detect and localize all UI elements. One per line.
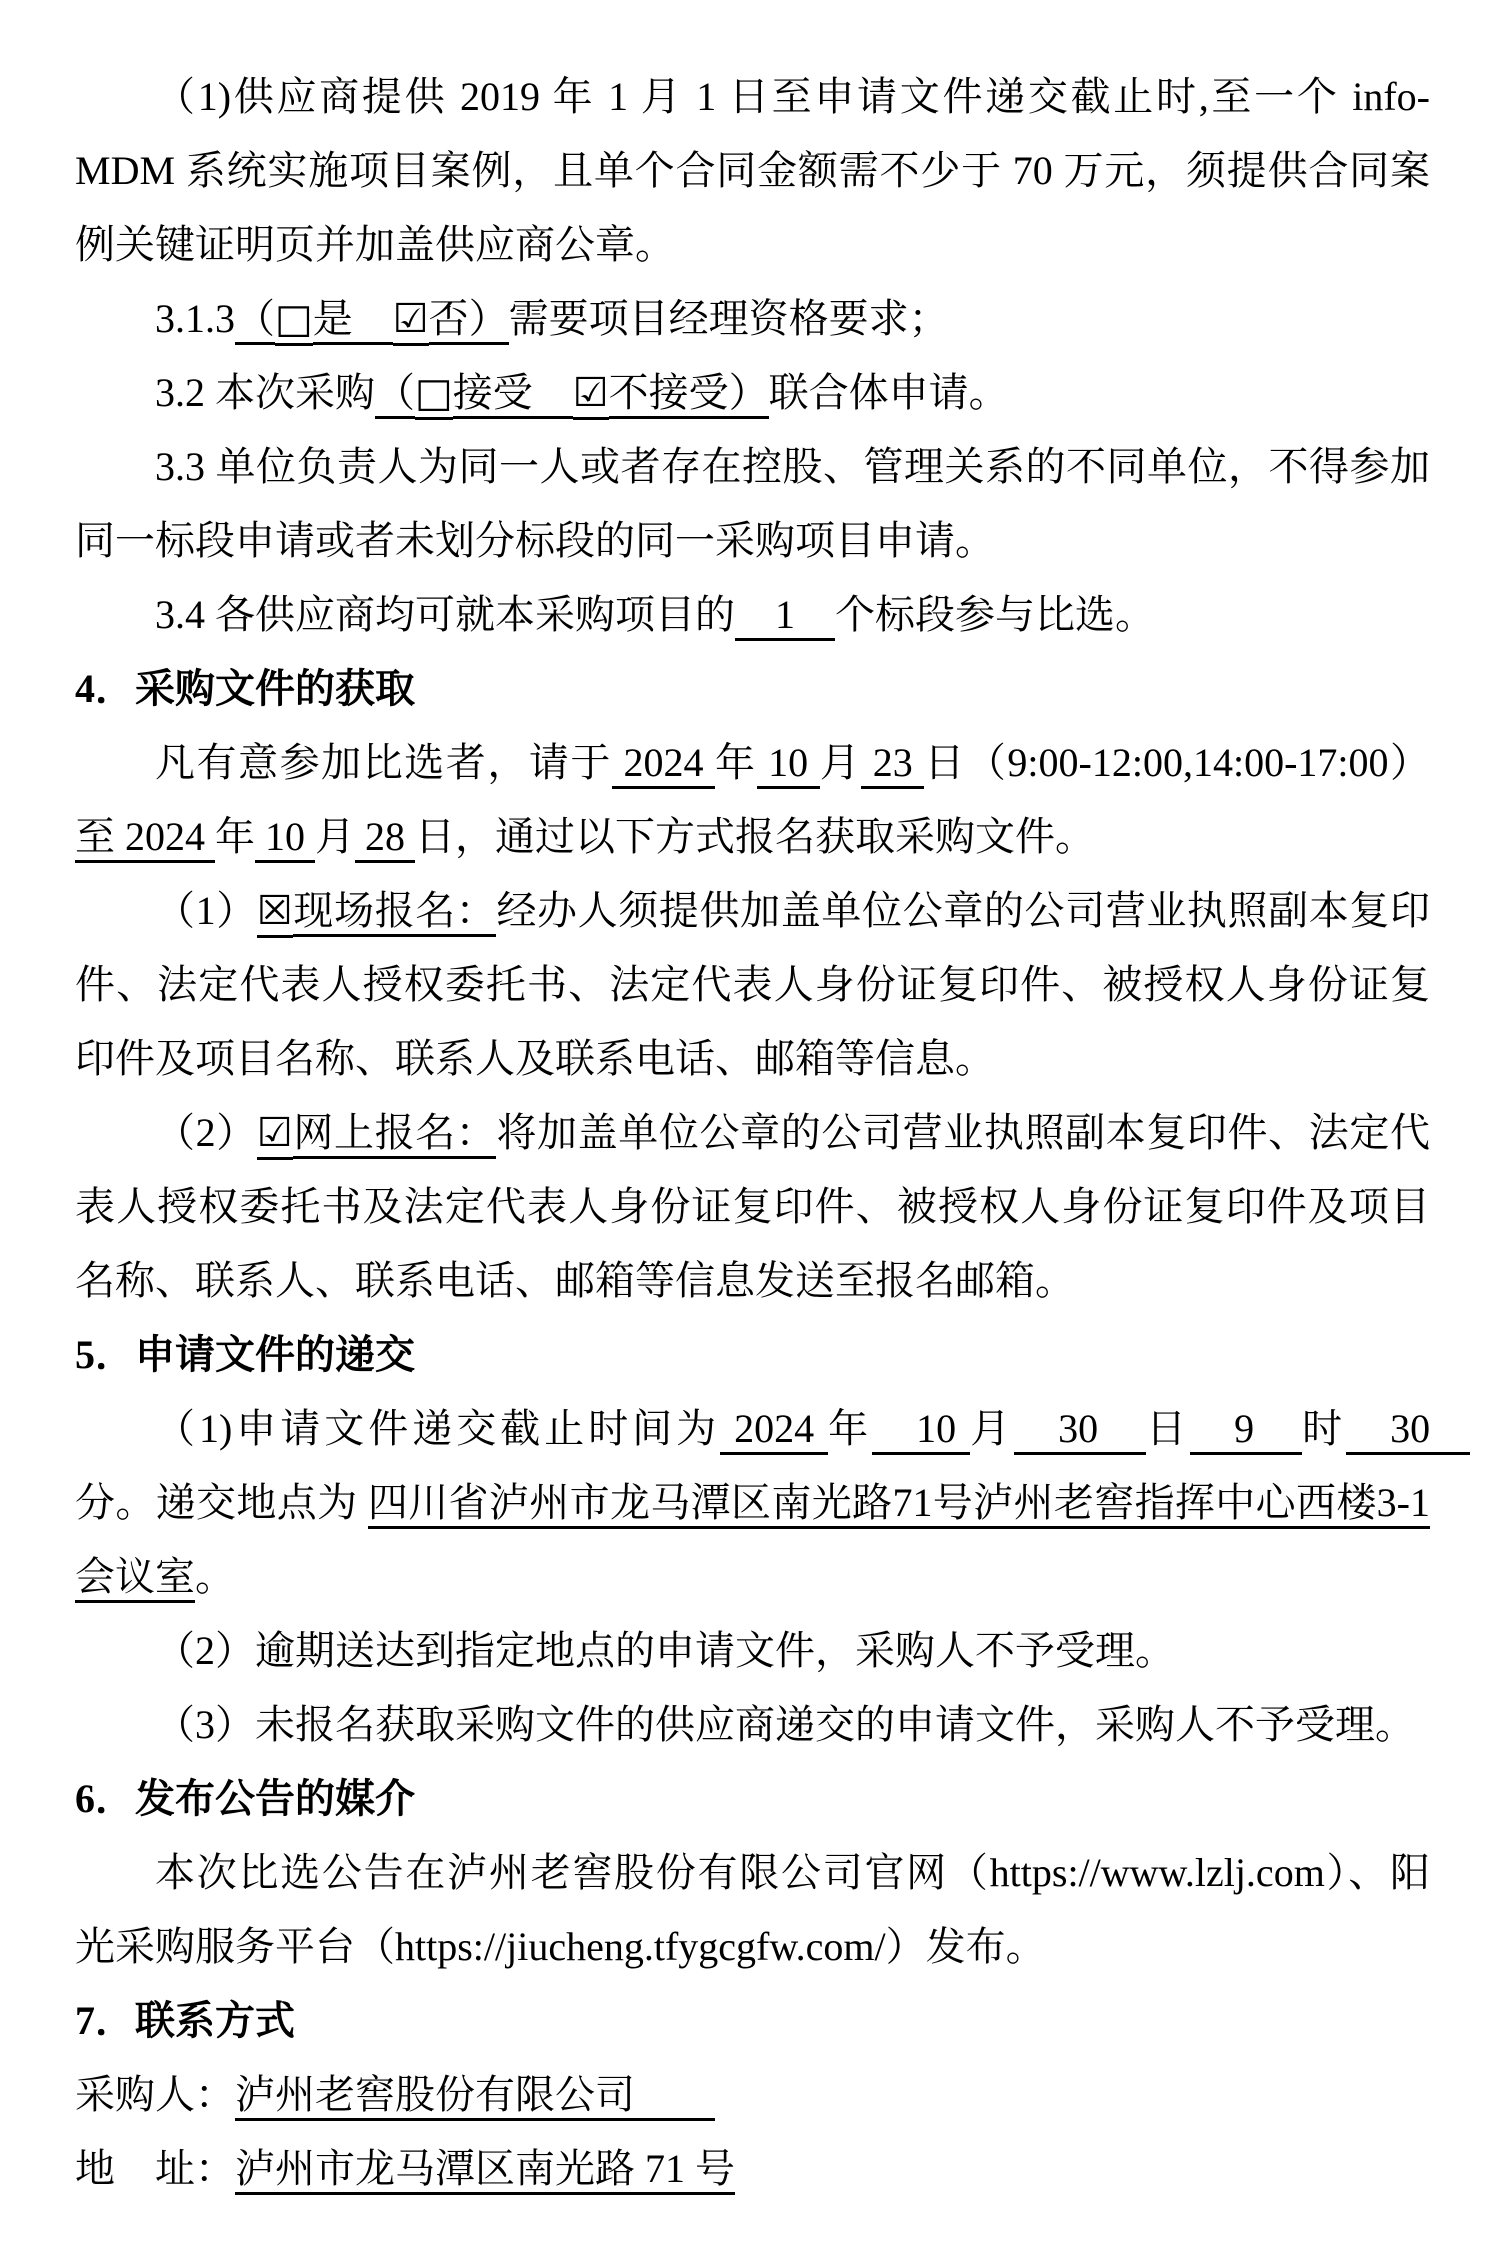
section-6-heading: 6．发布公告的媒介 bbox=[75, 1762, 1430, 1836]
text-run: 。 bbox=[195, 1554, 235, 1599]
text-run: 个标段参与比选。 bbox=[835, 592, 1155, 637]
text-run: 年 bbox=[828, 1406, 872, 1451]
text-run: 月 bbox=[820, 740, 862, 785]
text-run: 日，通过以下方式报名获取采购文件。 bbox=[415, 814, 1095, 859]
text-run: 28 bbox=[355, 814, 415, 863]
text-run: 年 bbox=[715, 740, 757, 785]
section-4-heading: 4．采购文件的获取 bbox=[75, 652, 1430, 726]
clause-3-1-3-pm-requirement: 3.1.3（□是 ☑否）需要项目经理资格要求； bbox=[75, 282, 1430, 356]
text-run: （3）未报名获取采购文件的供应商递交的申请文件，采购人不予受理。 bbox=[155, 1702, 1415, 1747]
text-run: 9 bbox=[1190, 1406, 1302, 1455]
text-run: 4．采购文件的获取 bbox=[75, 666, 415, 711]
text-run: 3.1.3 bbox=[155, 296, 235, 341]
clause-4-online-registration: （2）☑网上报名：将加盖单位公章的公司营业执照副本复印件、法定代表人授权委托书及… bbox=[75, 1096, 1430, 1318]
text-run: （1)申请文件递交截止时间为 bbox=[155, 1406, 720, 1451]
text-run: 30 bbox=[1346, 1406, 1470, 1455]
clause-4-registration-period: 凡有意参加比选者，请于 2024 年 10 月 23 日（9:00-12:00,… bbox=[75, 726, 1430, 874]
text-run: 凡有意参加比选者，请于 bbox=[155, 740, 612, 785]
text-run: 10 bbox=[255, 814, 315, 863]
text-run: 3.4 各供应商均可就本采购项目的 bbox=[155, 592, 735, 637]
clause-3-2-consortium: 3.2 本次采购（□接受 ☑不接受）联合体申请。 bbox=[75, 356, 1430, 430]
clause-5-unregistered-suppliers: （3）未报名获取采购文件的供应商递交的申请文件，采购人不予受理。 bbox=[75, 1688, 1430, 1762]
text-run: 否） bbox=[429, 296, 509, 345]
checkbox-checked-icon: ☑ bbox=[393, 296, 429, 346]
text-run: 5．申请文件的递交 bbox=[75, 1332, 415, 1377]
contact-purchaser: 采购人：泸州老窖股份有限公司 bbox=[75, 2058, 1430, 2132]
text-run: 10 bbox=[757, 740, 820, 789]
text-run: （1） bbox=[155, 888, 257, 933]
text-run: 6．发布公告的媒介 bbox=[75, 1776, 415, 1821]
text-run: 7．联系方式 bbox=[75, 1998, 295, 2043]
checkbox-unchecked-icon: □ bbox=[275, 296, 313, 346]
text-run: 10 bbox=[872, 1406, 970, 1455]
text-run: 泸州市龙马潭区南光路 71 号 bbox=[235, 2146, 735, 2195]
document-page: （1)供应商提供 2019 年 1 月 1 日至申请文件递交截止时,至一个 in… bbox=[0, 0, 1500, 2268]
text-run: 2024 bbox=[612, 740, 715, 789]
checkbox-unchecked-icon: □ bbox=[415, 370, 453, 420]
clause-6-announcement-media: 本次比选公告在泸州老窖股份有限公司官网（https://www.lzlj.com… bbox=[75, 1836, 1430, 1984]
text-run: 分。递交地点为 bbox=[75, 1480, 368, 1525]
clause-1-supplier-case: （1)供应商提供 2019 年 1 月 1 日至申请文件递交截止时,至一个 in… bbox=[75, 60, 1430, 282]
checkbox-crossed-icon: ☒ bbox=[257, 888, 293, 938]
text-run: （ bbox=[235, 296, 275, 345]
text-run: 本次比选公告在泸州老窖股份有限公司官网（https://www.lzlj.com… bbox=[75, 1850, 1430, 1969]
text-run: 3.3 单位负责人为同一人或者存在控股、管理关系的不同单位，不得参加同一标段申请… bbox=[75, 444, 1430, 563]
text-run: 3.2 本次采购 bbox=[155, 370, 375, 415]
clause-5-late-delivery: （2）逾期送达到指定地点的申请文件，采购人不予受理。 bbox=[75, 1614, 1430, 1688]
section-7-heading: 7．联系方式 bbox=[75, 1984, 1430, 2058]
text-run: 泸州老窖股份有限公司 bbox=[235, 2072, 715, 2121]
text-run: 月 bbox=[315, 814, 355, 859]
text-run: 2024 bbox=[720, 1406, 828, 1455]
text-run: 日 bbox=[1146, 1406, 1190, 1451]
text-run: 采购人： bbox=[75, 2072, 235, 2117]
text-run: 不接受） bbox=[609, 370, 769, 419]
document-body: （1)供应商提供 2019 年 1 月 1 日至申请文件递交截止时,至一个 in… bbox=[75, 60, 1430, 2206]
text-run: 地 址： bbox=[75, 2146, 235, 2191]
text-run: 现场报名： bbox=[293, 888, 497, 937]
clause-5-deadline-and-place: （1)申请文件递交截止时间为 2024 年 10 月 30 日 9 时 30 分… bbox=[75, 1392, 1430, 1614]
text-run: 23 bbox=[861, 740, 924, 789]
clause-3-4-lot-count: 3.4 各供应商均可就本采购项目的 1 个标段参与比选。 bbox=[75, 578, 1430, 652]
text-run: 30 bbox=[1014, 1406, 1146, 1455]
text-run: （ bbox=[375, 370, 415, 419]
text-run: 接受 bbox=[453, 370, 573, 419]
text-run: 日（9:00-12:00,14:00-17:00） bbox=[924, 740, 1430, 785]
text-run: （1)供应商提供 2019 年 1 月 1 日至申请文件递交截止时,至一个 in… bbox=[75, 74, 1430, 267]
checkbox-checked-icon: ☑ bbox=[257, 1110, 293, 1160]
clause-3-3-same-legal-person: 3.3 单位负责人为同一人或者存在控股、管理关系的不同单位，不得参加同一标段申请… bbox=[75, 430, 1430, 578]
clause-4-onsite-registration: （1）☒现场报名：经办人须提供加盖单位公章的公司营业执照副本复印件、法定代表人授… bbox=[75, 874, 1430, 1096]
text-run: 网上报名： bbox=[293, 1110, 497, 1159]
text-run: 需要项目经理资格要求； bbox=[509, 296, 949, 341]
text-run: 至 2024 bbox=[75, 814, 215, 863]
section-5-heading: 5．申请文件的递交 bbox=[75, 1318, 1430, 1392]
text-run: 时 bbox=[1302, 1406, 1346, 1451]
text-run: 联合体申请。 bbox=[769, 370, 1009, 415]
text-run: （2）逾期送达到指定地点的申请文件，采购人不予受理。 bbox=[155, 1628, 1175, 1673]
text-run: 是 bbox=[313, 296, 393, 345]
text-run: 月 bbox=[970, 1406, 1014, 1451]
text-run: （2） bbox=[155, 1110, 257, 1155]
checkbox-checked-icon: ☑ bbox=[573, 370, 609, 420]
text-run: 年 bbox=[215, 814, 255, 859]
text-run: 1 bbox=[735, 592, 835, 641]
contact-address: 地 址：泸州市龙马潭区南光路 71 号 bbox=[75, 2132, 1430, 2206]
